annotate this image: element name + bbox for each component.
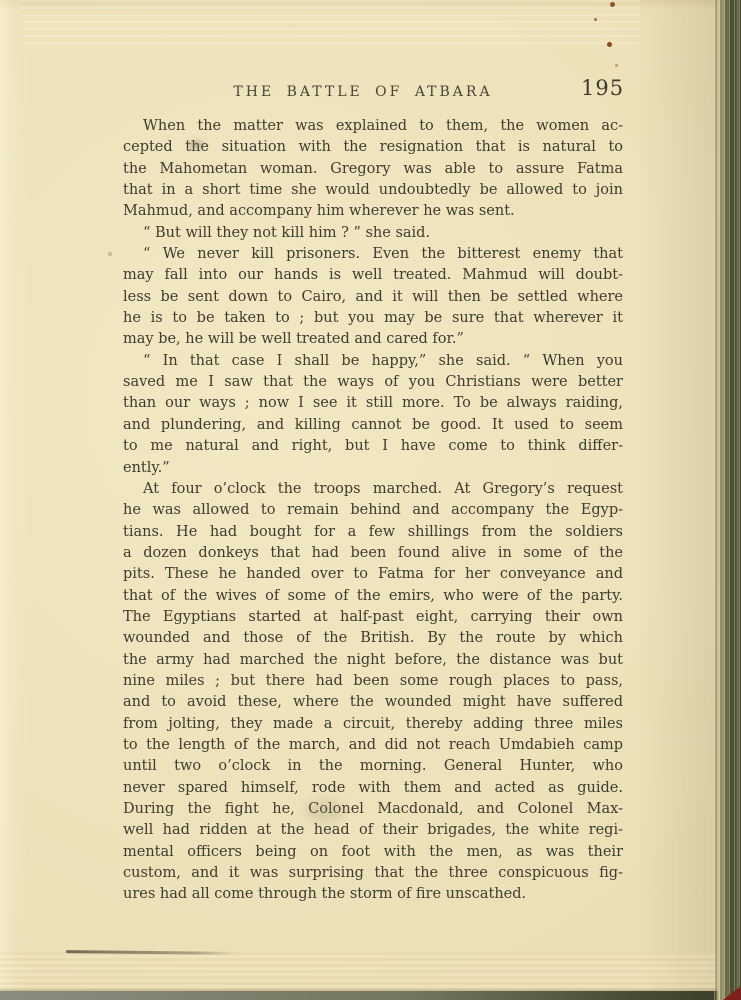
ink-smudge — [188, 140, 204, 149]
text-line: Mahmud, and accompany him wherever he wa… — [123, 201, 623, 222]
text-line: The Egyptians started at half-past eight… — [123, 607, 623, 628]
text-line: During the fight he, Colonel Macdonald, … — [123, 799, 623, 820]
foxing-spot — [610, 2, 615, 7]
page-number: 195 — [581, 76, 624, 100]
text-line: from jolting, they made a circuit, there… — [123, 714, 623, 735]
bottom-page-stack-edges — [0, 952, 741, 988]
text-line: until two o’clock in the morning. Genera… — [123, 756, 623, 777]
text-line: a dozen donkeys that had been found aliv… — [123, 543, 623, 564]
text-line: less be sent down to Cairo, and it will … — [123, 287, 623, 308]
foxing-spot — [108, 252, 112, 256]
text-line: the Mahometan woman. Gregory was able to… — [123, 159, 623, 180]
text-line: ently.” — [123, 458, 623, 479]
paragraph: “ But will they not kill him ? ” she sai… — [123, 223, 623, 244]
text-line: saved me I saw that the ways of you Chri… — [123, 372, 623, 393]
text-line: “ In that case I shall be happy,” she sa… — [123, 351, 623, 372]
text-line: he was allowed to remain behind and acco… — [123, 500, 623, 521]
text-line: mental officers being on foot with the m… — [123, 842, 623, 863]
text-line: “ We never kill prisoners. Even the bitt… — [123, 244, 623, 265]
bottom-book-edge — [0, 991, 741, 1000]
text-line: than our ways ; now I see it still more.… — [123, 393, 623, 414]
text-line: to the length of the march, and did not … — [123, 735, 623, 756]
foxing-spot — [594, 18, 597, 21]
scan-streak-artifacts — [20, 0, 640, 44]
text-line: tians. He had bought for a few shillings… — [123, 522, 623, 543]
foxing-spot — [607, 42, 612, 47]
text-line: ures had all come through the storm of f… — [123, 884, 623, 905]
paragraph: At four o’clock the troops marched. At G… — [123, 479, 623, 906]
paragraph: When the matter was explained to them, t… — [123, 116, 623, 223]
text-line: nine miles ; but there had been some rou… — [123, 671, 623, 692]
paragraph: “ In that case I shall be happy,” she sa… — [123, 351, 623, 479]
text-line: custom, and it was surprising that the t… — [123, 863, 623, 884]
fore-edge-pages — [714, 0, 741, 1000]
text-block: When the matter was explained to them, t… — [123, 116, 623, 906]
scanned-book-page: THE BATTLE OF ATBARA 195 When the matter… — [0, 0, 741, 1000]
text-line: wounded and those of the British. By the… — [123, 628, 623, 649]
text-line: pits. These he handed over to Fatma for … — [123, 564, 623, 585]
text-line: that in a short time she would undoubted… — [123, 180, 623, 201]
text-line: that of the wives of some of the emirs, … — [123, 586, 623, 607]
text-line: never spared himself, rode with them and… — [123, 778, 623, 799]
text-line: he is to be taken to ; but you may be su… — [123, 308, 623, 329]
text-line: and to avoid these, where the wounded mi… — [123, 692, 623, 713]
text-line: At four o’clock the troops marched. At G… — [123, 479, 623, 500]
text-line: the army had marched the night before, t… — [123, 650, 623, 671]
text-line: “ But will they not kill him ? ” she sai… — [123, 223, 623, 244]
running-title: THE BATTLE OF ATBARA — [123, 84, 603, 100]
text-line: may be, he will be well treated and care… — [123, 329, 623, 350]
paragraph: “ We never kill prisoners. Even the bitt… — [123, 244, 623, 351]
text-line: and plundering, and killing cannot be go… — [123, 415, 623, 436]
text-line: to me natural and right, but I have come… — [123, 436, 623, 457]
foxing-spot — [615, 64, 618, 67]
text-line: well had ridden at the head of their bri… — [123, 820, 623, 841]
paper-stain — [305, 800, 345, 822]
text-line: When the matter was explained to them, t… — [123, 116, 623, 137]
text-line: may fall into our hands is well treated.… — [123, 265, 623, 286]
